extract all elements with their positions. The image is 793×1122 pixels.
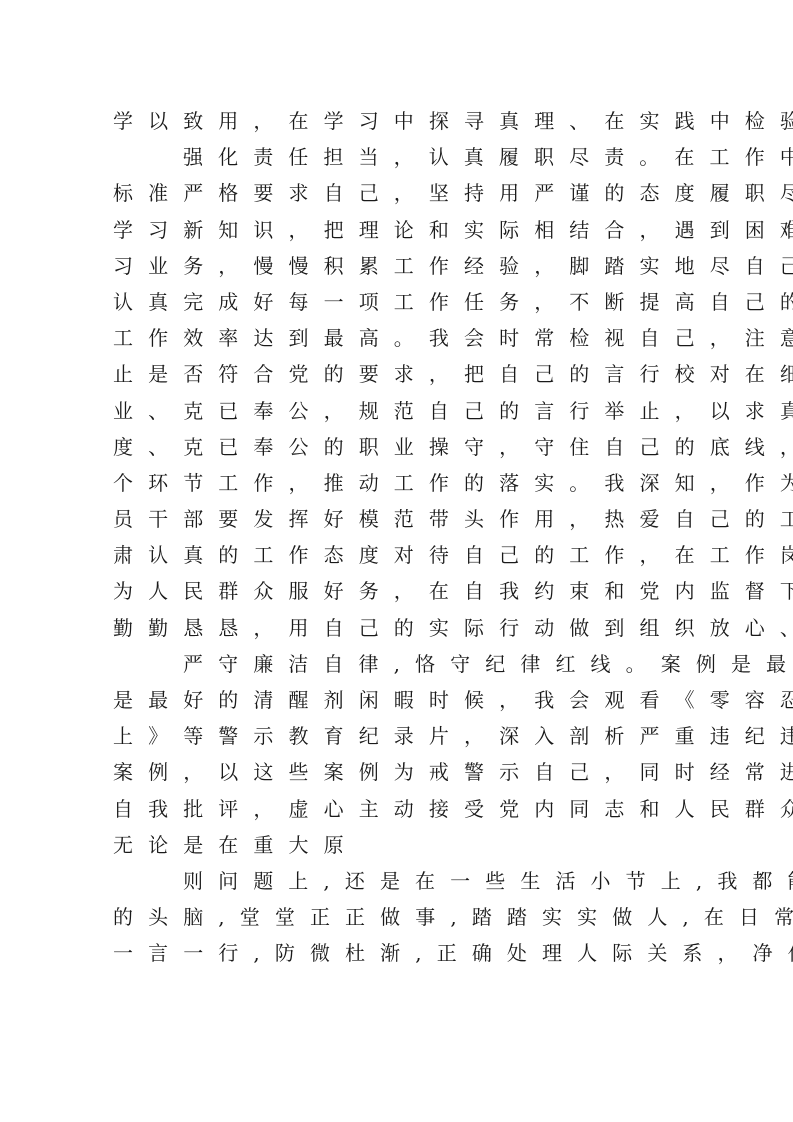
text-line: 无论是在重大原 [113, 827, 683, 863]
text-line: 员干部要发挥好模范带头作用，热爱自己的工作岗位，用严 [113, 501, 683, 537]
text-line: 是最好的清醒剂闲暇时候，我会观看《零容忍》、《永远在路 [113, 682, 683, 718]
text-line: 习业务，慢慢积累工作经验，脚踏实地尽自己的最大努力， [113, 248, 683, 284]
text-line: 学以致用，在学习中探寻真理、在实践中检验真理。 [113, 103, 683, 139]
document-page: 学以致用，在学习中探寻真理、在实践中检验真理。 强化责任担当，认真履职尽责。在工… [113, 103, 683, 972]
paragraph-start-line: 严守廉洁自律,恪守纪律红线。案例是最好的教科书，也 [113, 646, 683, 682]
text-line: 为人民群众服好务，在自我约束和党内监督下，克已奉公、 [113, 573, 683, 609]
text-line: 个环节工作，推动工作的落实。我深知，作为一名合格的党 [113, 465, 683, 501]
paragraph-start-line: 则问题上,还是在一些生活小节上,我都能始终保持清醒 [113, 863, 683, 899]
text-line: 肃认真的工作态度对待自己的工作，在工作岗位上全心全意 [113, 537, 683, 573]
text-line: 一言一行,防微杜渐,正确处理人际关系，净化自己的生活圈、 [113, 935, 683, 971]
text-line: 认真完成好每一项工作任务，不断提高自己的业务水平，使 [113, 284, 683, 320]
text-line: 案例，以这些案例为戒警示自己，同时经常进行自我反省和 [113, 754, 683, 790]
text-line: 学习新知识，把理论和实际相结合，遇到困难虚心向同事学 [113, 212, 683, 248]
text-line: 的头脑,堂堂正正做事,踏踏实实做人,在日常生活细节上注意 [113, 899, 683, 935]
text-line: 标准严格要求自己，坚持用严谨的态度履职尽责，积极主动 [113, 175, 683, 211]
text-line: 勤勤恳恳，用自己的实际行动做到组织放心、群众满意。 [113, 610, 683, 646]
paragraph-start-line: 强化责任担当，认真履职尽责。在工作中我始终以党员 [113, 139, 683, 175]
text-line: 止是否符合党的要求，把自己的言行校对在细微中，兢兢业 [113, 356, 683, 392]
text-line: 工作效率达到最高。我会时常检视自己，注意自己的言行举 [113, 320, 683, 356]
text-line: 业、克已奉公，规范自己的言行举止，以求真务实的工作态 [113, 393, 683, 429]
text-line: 上》等警示教育纪录片，深入剖析严重违纪违法干部的典型 [113, 718, 683, 754]
text-line: 自我批评，虚心主动接受党内同志和人民群众的批评监督。 [113, 791, 683, 827]
text-line: 度、克已奉公的职业操守，守住自己的底线，抓好工作的每 [113, 429, 683, 465]
